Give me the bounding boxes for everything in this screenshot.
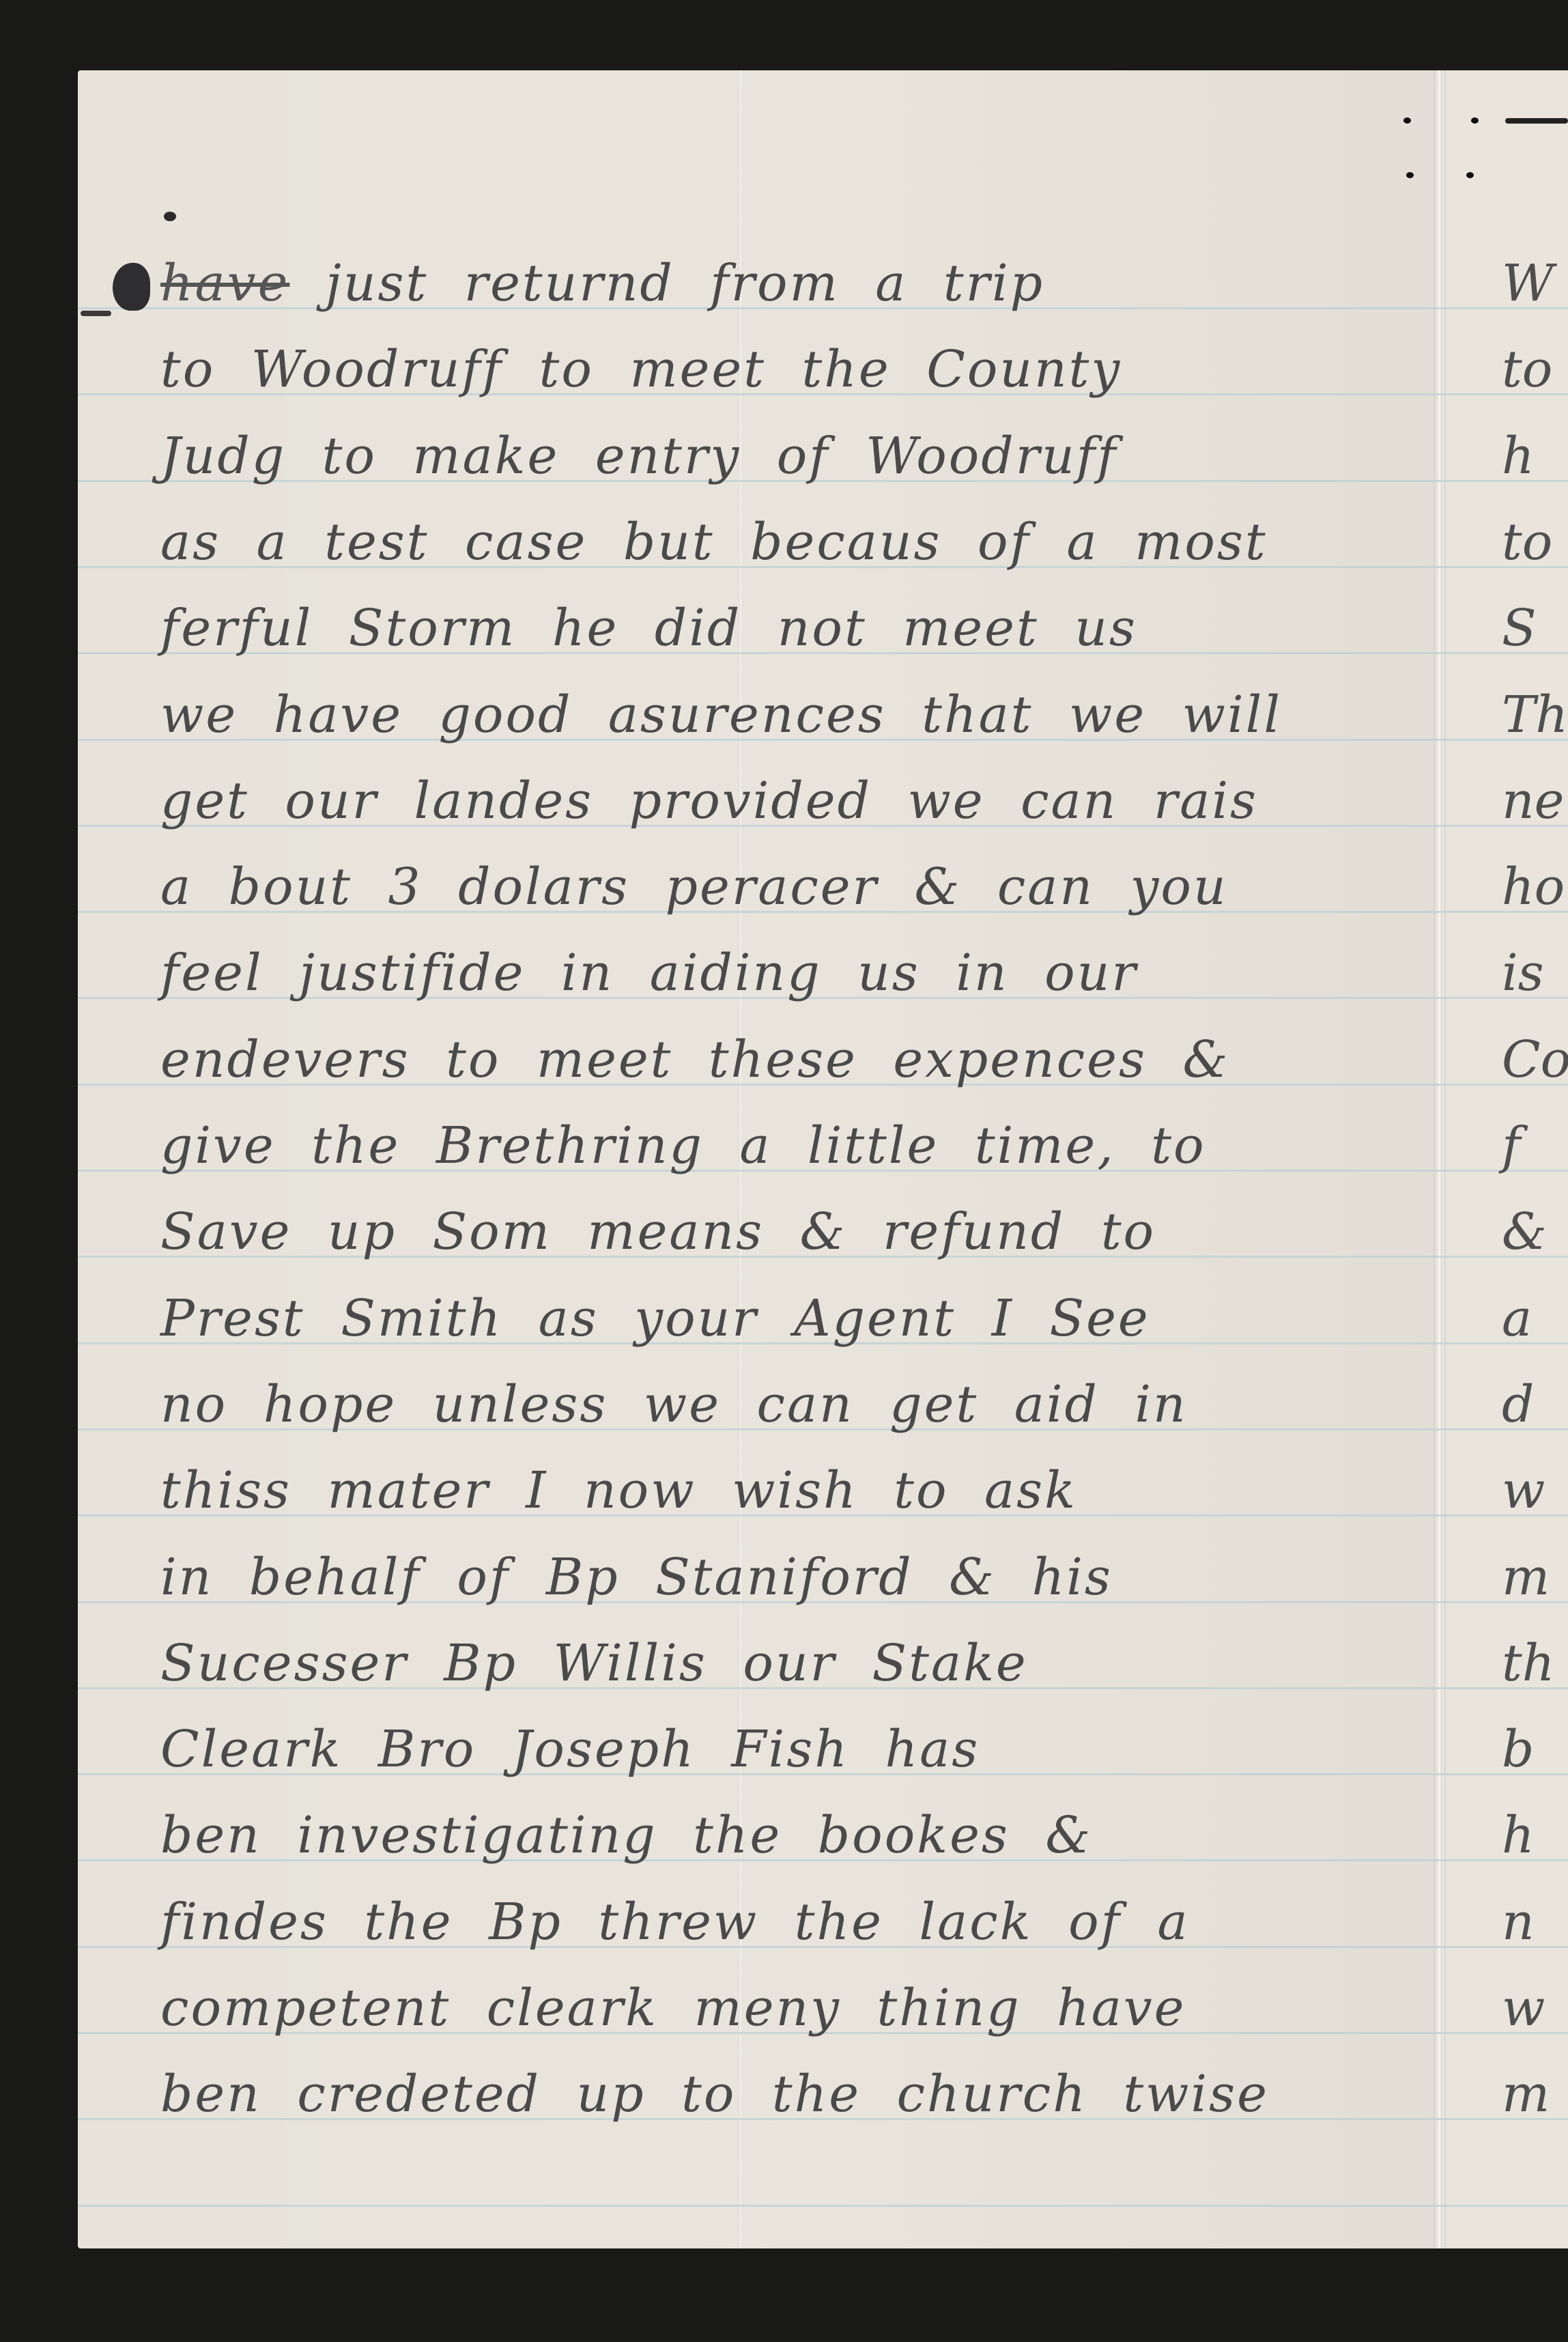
handwritten-fragment: w xyxy=(1502,1977,1568,2039)
handwritten-fragment: to xyxy=(1502,511,1568,573)
handwritten-line: competent cleark meny thing have xyxy=(160,1977,1410,2039)
handwritten-line: Sucesser Bp Willis our Stake xyxy=(160,1633,1410,1694)
handwritten-fragment: ne xyxy=(1502,770,1568,832)
handwritten-line: findes the Bp threw the lack of a xyxy=(160,1891,1410,1953)
handwritten-text: ferful Storm he did not meet us xyxy=(160,599,1137,658)
handwritten-fragment: b xyxy=(1502,1719,1568,1780)
punch-hole xyxy=(1403,117,1411,124)
handwritten-text: competent cleark meny thing have xyxy=(160,1979,1186,2037)
handwritten-fragment: h xyxy=(1502,425,1568,487)
handwritten-text: just returnd from a trip xyxy=(326,254,1044,313)
punch-hole xyxy=(1406,172,1414,178)
handwritten-fragment: n xyxy=(1502,1891,1568,1953)
handwritten-fragment: S xyxy=(1502,597,1568,659)
struck-word: have xyxy=(160,254,289,313)
handwritten-line: Save up Som means & refund to xyxy=(160,1201,1410,1262)
handwritten-fragment: w xyxy=(1502,1460,1568,1521)
handwritten-text: thiss mater I now wish to ask xyxy=(160,1461,1077,1520)
handwritten-fragment: ho xyxy=(1502,856,1568,918)
handwritten-text: Cleark Bro Joseph Fish has xyxy=(160,1720,980,1779)
ink-mark xyxy=(81,311,111,316)
handwritten-line: Cleark Bro Joseph Fish has xyxy=(160,1719,1410,1780)
handwritten-text: Judg to make entry of Woodruff xyxy=(160,427,1118,485)
handwritten-line: no hope unless we can get aid in xyxy=(160,1374,1410,1435)
handwritten-line: as a test case but becaus of a most xyxy=(160,511,1410,573)
handwritten-fragment: Co xyxy=(1502,1029,1568,1090)
handwritten-text: feel justifide in aiding us in our xyxy=(160,944,1138,1002)
handwritten-line: in behalf of Bp Staniford & his xyxy=(160,1547,1410,1608)
handwritten-fragment: m xyxy=(1502,1547,1568,1608)
handwritten-text: Prest Smith as your Agent I See xyxy=(160,1289,1150,1348)
handwritten-line: give the Brethring a little time, to xyxy=(160,1115,1410,1176)
handwritten-text: in behalf of Bp Staniford & his xyxy=(160,1548,1113,1607)
handwritten-line: ben investigating the bookes & xyxy=(160,1805,1410,1866)
handwritten-fragment: a xyxy=(1502,1288,1568,1349)
handwritten-fragment: h xyxy=(1502,1805,1568,1866)
handwritten-line: ben credeted up to the church twise xyxy=(160,2063,1410,2125)
handwritten-fragment: W xyxy=(1502,253,1568,314)
handwritten-text: a bout 3 dolars peracer & can you xyxy=(160,858,1228,916)
handwritten-fragment: & xyxy=(1502,1201,1568,1262)
ink-blot xyxy=(164,212,176,221)
handwritten-text: no hope unless we can get aid in xyxy=(160,1375,1188,1434)
handwritten-line: get our landes provided we can rais xyxy=(160,770,1410,832)
handwritten-text: give the Brethring a little time, to xyxy=(160,1116,1206,1175)
punch-hole xyxy=(1471,117,1479,124)
handwritten-text: ben investigating the bookes & xyxy=(160,1806,1092,1865)
handwritten-line: thiss mater I now wish to ask xyxy=(160,1460,1410,1521)
handwritten-line: we have good asurences that we will xyxy=(160,684,1410,746)
handwritten-fragment: is xyxy=(1502,942,1568,1004)
handwritten-line: to Woodruff to meet the County xyxy=(160,339,1410,400)
handwritten-line: ferful Storm he did not meet us xyxy=(160,597,1410,659)
handwritten-text: findes the Bp threw the lack of a xyxy=(160,1893,1190,1951)
handwritten-fragment: f xyxy=(1502,1115,1568,1176)
ink-blot xyxy=(113,263,150,311)
handwritten-text: get our landes provided we can rais xyxy=(160,772,1258,830)
handwritten-line: feel justifide in aiding us in our xyxy=(160,942,1410,1004)
handwritten-text: we have good asurences that we will xyxy=(160,686,1282,744)
ruled-line xyxy=(78,2205,1568,2207)
handwritten-text: to Woodruff to meet the County xyxy=(160,340,1122,399)
handwritten-line: a bout 3 dolars peracer & can you xyxy=(160,856,1410,918)
handwritten-text: endevers to meet these expences & xyxy=(160,1030,1229,1089)
handwritten-line: endevers to meet these expences & xyxy=(160,1029,1410,1090)
handwritten-text: Save up Som means & refund to xyxy=(160,1202,1156,1261)
handwritten-fragment: Th xyxy=(1502,684,1568,746)
handwritten-line: Prest Smith as your Agent I See xyxy=(160,1288,1410,1349)
tear-mark xyxy=(1505,118,1568,124)
handwritten-fragment: to xyxy=(1502,339,1568,400)
handwritten-fragment: d xyxy=(1502,1374,1568,1435)
handwritten-fragment: m xyxy=(1502,2063,1568,2125)
handwritten-line: have just returnd from a trip xyxy=(160,253,1410,314)
handwritten-text: ben credeted up to the church twise xyxy=(160,2065,1269,2124)
handwritten-text: Sucesser Bp Willis our Stake xyxy=(160,1634,1028,1693)
handwritten-fragment: th xyxy=(1502,1633,1568,1694)
handwritten-line: Judg to make entry of Woodruff xyxy=(160,425,1410,487)
punch-hole xyxy=(1466,172,1474,178)
handwritten-text: as a test case but becaus of a most xyxy=(160,513,1268,572)
page-fold-crease xyxy=(1434,70,1446,2248)
